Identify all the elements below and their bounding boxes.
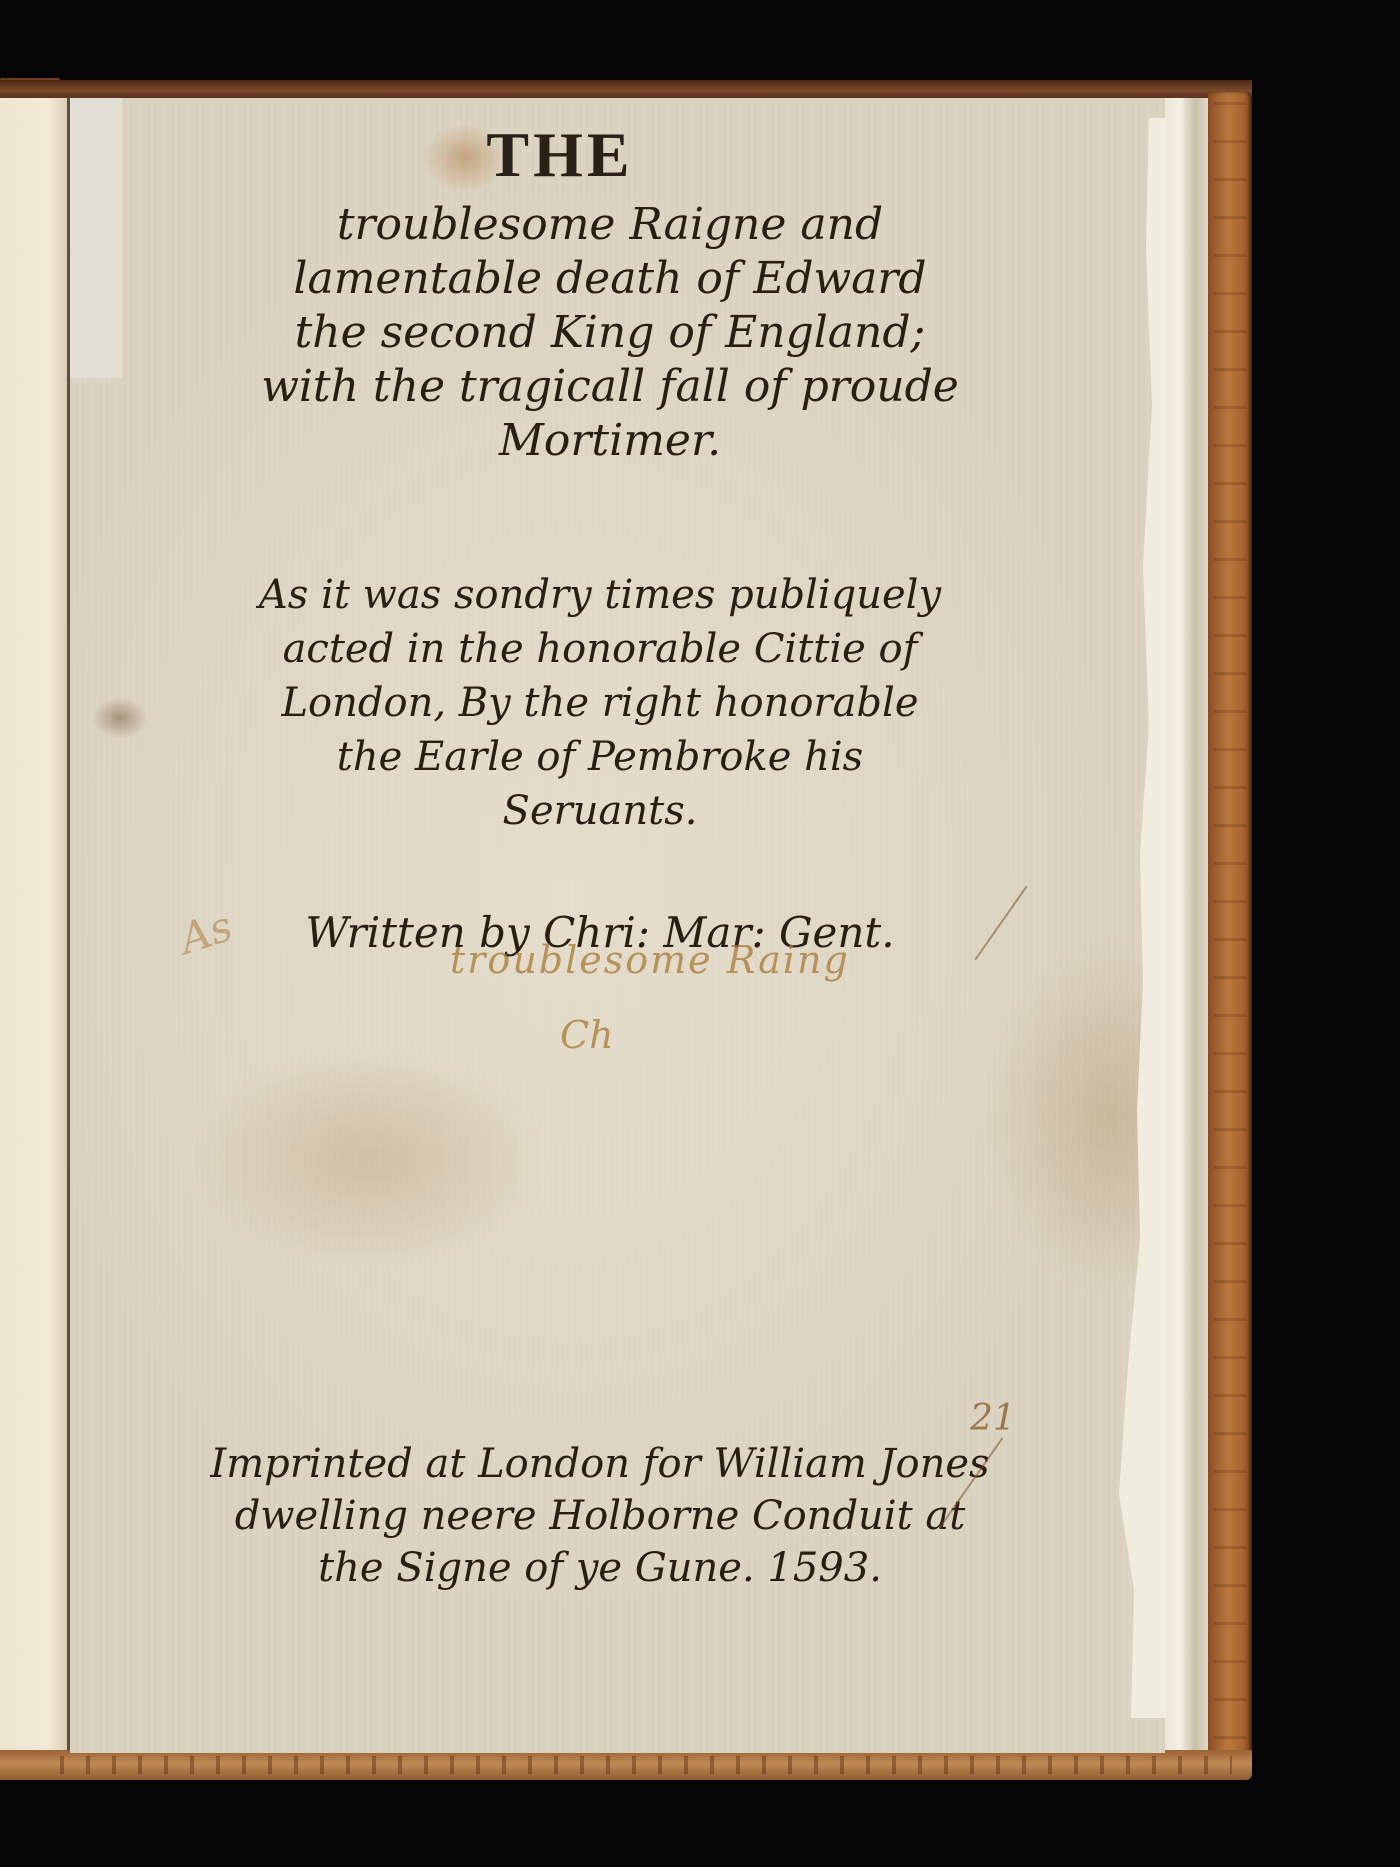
faint-title-repeat: troublesome Raing [450, 938, 850, 982]
title-block: troublesome Raigne and lamentable death … [230, 198, 990, 468]
binding-top-edge [0, 80, 1252, 98]
left-facing-leaf [0, 98, 68, 1753]
binding-bottom-edge [0, 1750, 1252, 1780]
performance-line: As it was sondry times publiquely [190, 568, 1010, 622]
title-heading: THE [70, 118, 1050, 192]
imprint-block: Imprinted at London for William Jones dw… [170, 1438, 1030, 1594]
title-line: with the tragicall fall of proude [230, 360, 990, 414]
title-line: the second King of England; [230, 306, 990, 360]
title-line: troublesome Raigne and [230, 198, 990, 252]
title-line: lamentable death of Edward [230, 252, 990, 306]
faint-initials: Ch [560, 1013, 614, 1057]
performance-line: acted in the honorable Cittie of [190, 622, 1010, 676]
binding-right-edge [1208, 92, 1252, 1757]
title-line: Mortimer. [230, 414, 990, 468]
imprint-line: dwelling neere Holborne Conduit at [170, 1490, 1030, 1542]
performance-line: the Earle of Pembroke his [190, 730, 1010, 784]
title-page: THE troublesome Raigne and lamentable de… [70, 98, 1165, 1753]
photograph-scene: THE troublesome Raigne and lamentable de… [0, 0, 1400, 1867]
margin-number: 21 [970, 1398, 1016, 1439]
imprint-line: the Signe of ye Gune. 1593. [170, 1542, 1030, 1594]
torn-edge [1107, 118, 1167, 1718]
page-stack-fore-edge [1160, 98, 1210, 1753]
performance-note: As it was sondry times publiquely acted … [190, 568, 1010, 838]
performance-line: Seruants. [190, 784, 1010, 838]
performance-line: London, By the right honorable [190, 676, 1010, 730]
imprint-line: Imprinted at London for William Jones [170, 1438, 1030, 1490]
